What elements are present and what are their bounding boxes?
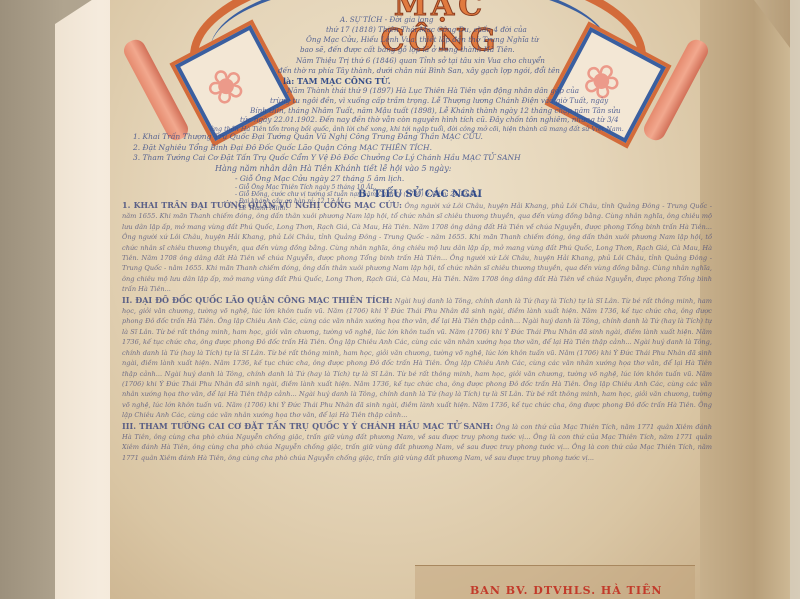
section-a-line: bao sẽ, đến được cất bằng gỗ lợp lá ở tr… (300, 45, 515, 55)
honoree-item: 3. Tham Tướng Cai Cơ Đặt Tấn Trụ Quốc Cẩ… (133, 153, 521, 163)
lotus-icon: ❀ (196, 52, 256, 120)
honoree-item: 1. Khai Trấn Thượng Trụ Quốc Đại Tướng Q… (133, 132, 483, 142)
section-a-line: A. SỰ TÍCH - Đời gia long (340, 15, 433, 25)
section-b-heading: B. TIỂU SỬ CÁC NGÀI (358, 190, 482, 200)
biography-text: 1. KHAI TRẤN ĐẠI TƯỚNG QUÂN VŨ NGHỊ CÔNG… (122, 200, 712, 580)
section-a-line: đến thờ ra phía Tây thành, dưới chân núi… (278, 66, 560, 76)
bio-2-heading: II. ĐẠI ĐÔ ĐỐC QUỐC LÃO QUẬN CÔNG MẠC TH… (122, 295, 392, 305)
bio-1-heading: 1. KHAI TRẤN ĐẠI TƯỚNG QUÂN VŨ NGHỊ CÔNG… (122, 200, 402, 210)
section-a-line: Ông Mạc Cửu, Hiếu Lệnh Vua, thiết lập đề… (306, 35, 539, 45)
festival-intro: Hàng năm nhân dân Hà Tiên Khánh tiết lễ … (215, 164, 451, 174)
section-a-line: là: TAM MẠC CÔNG TỪ. (283, 76, 391, 86)
section-a-line: Năm Thành thái thứ 9 (1897) Hà Lục Thiên… (287, 86, 579, 96)
section-a-line: Năm Thiệu Trị thứ 6 (1846) quan Tỉnh sở … (296, 56, 545, 66)
section-a-line: trùng tu ngôi đền, vì xuống cấp trầm trọ… (270, 96, 608, 106)
niche-frame-right (700, 0, 790, 599)
section-a-line: thứ 17 (1818) Thiên Thái Mạc Công Du, ch… (326, 25, 527, 35)
bio-3-heading: III. THAM TƯỚNG CAI CƠ ĐẶT TẤN TRỤ QUỐC … (122, 421, 493, 431)
honoree-item: 2. Đặt Nghiêu Tổng Binh Đại Đô Đốc Quốc … (133, 143, 432, 153)
signature-label: BAN BV. DTVHLS. HÀ TIÊN (470, 584, 662, 597)
